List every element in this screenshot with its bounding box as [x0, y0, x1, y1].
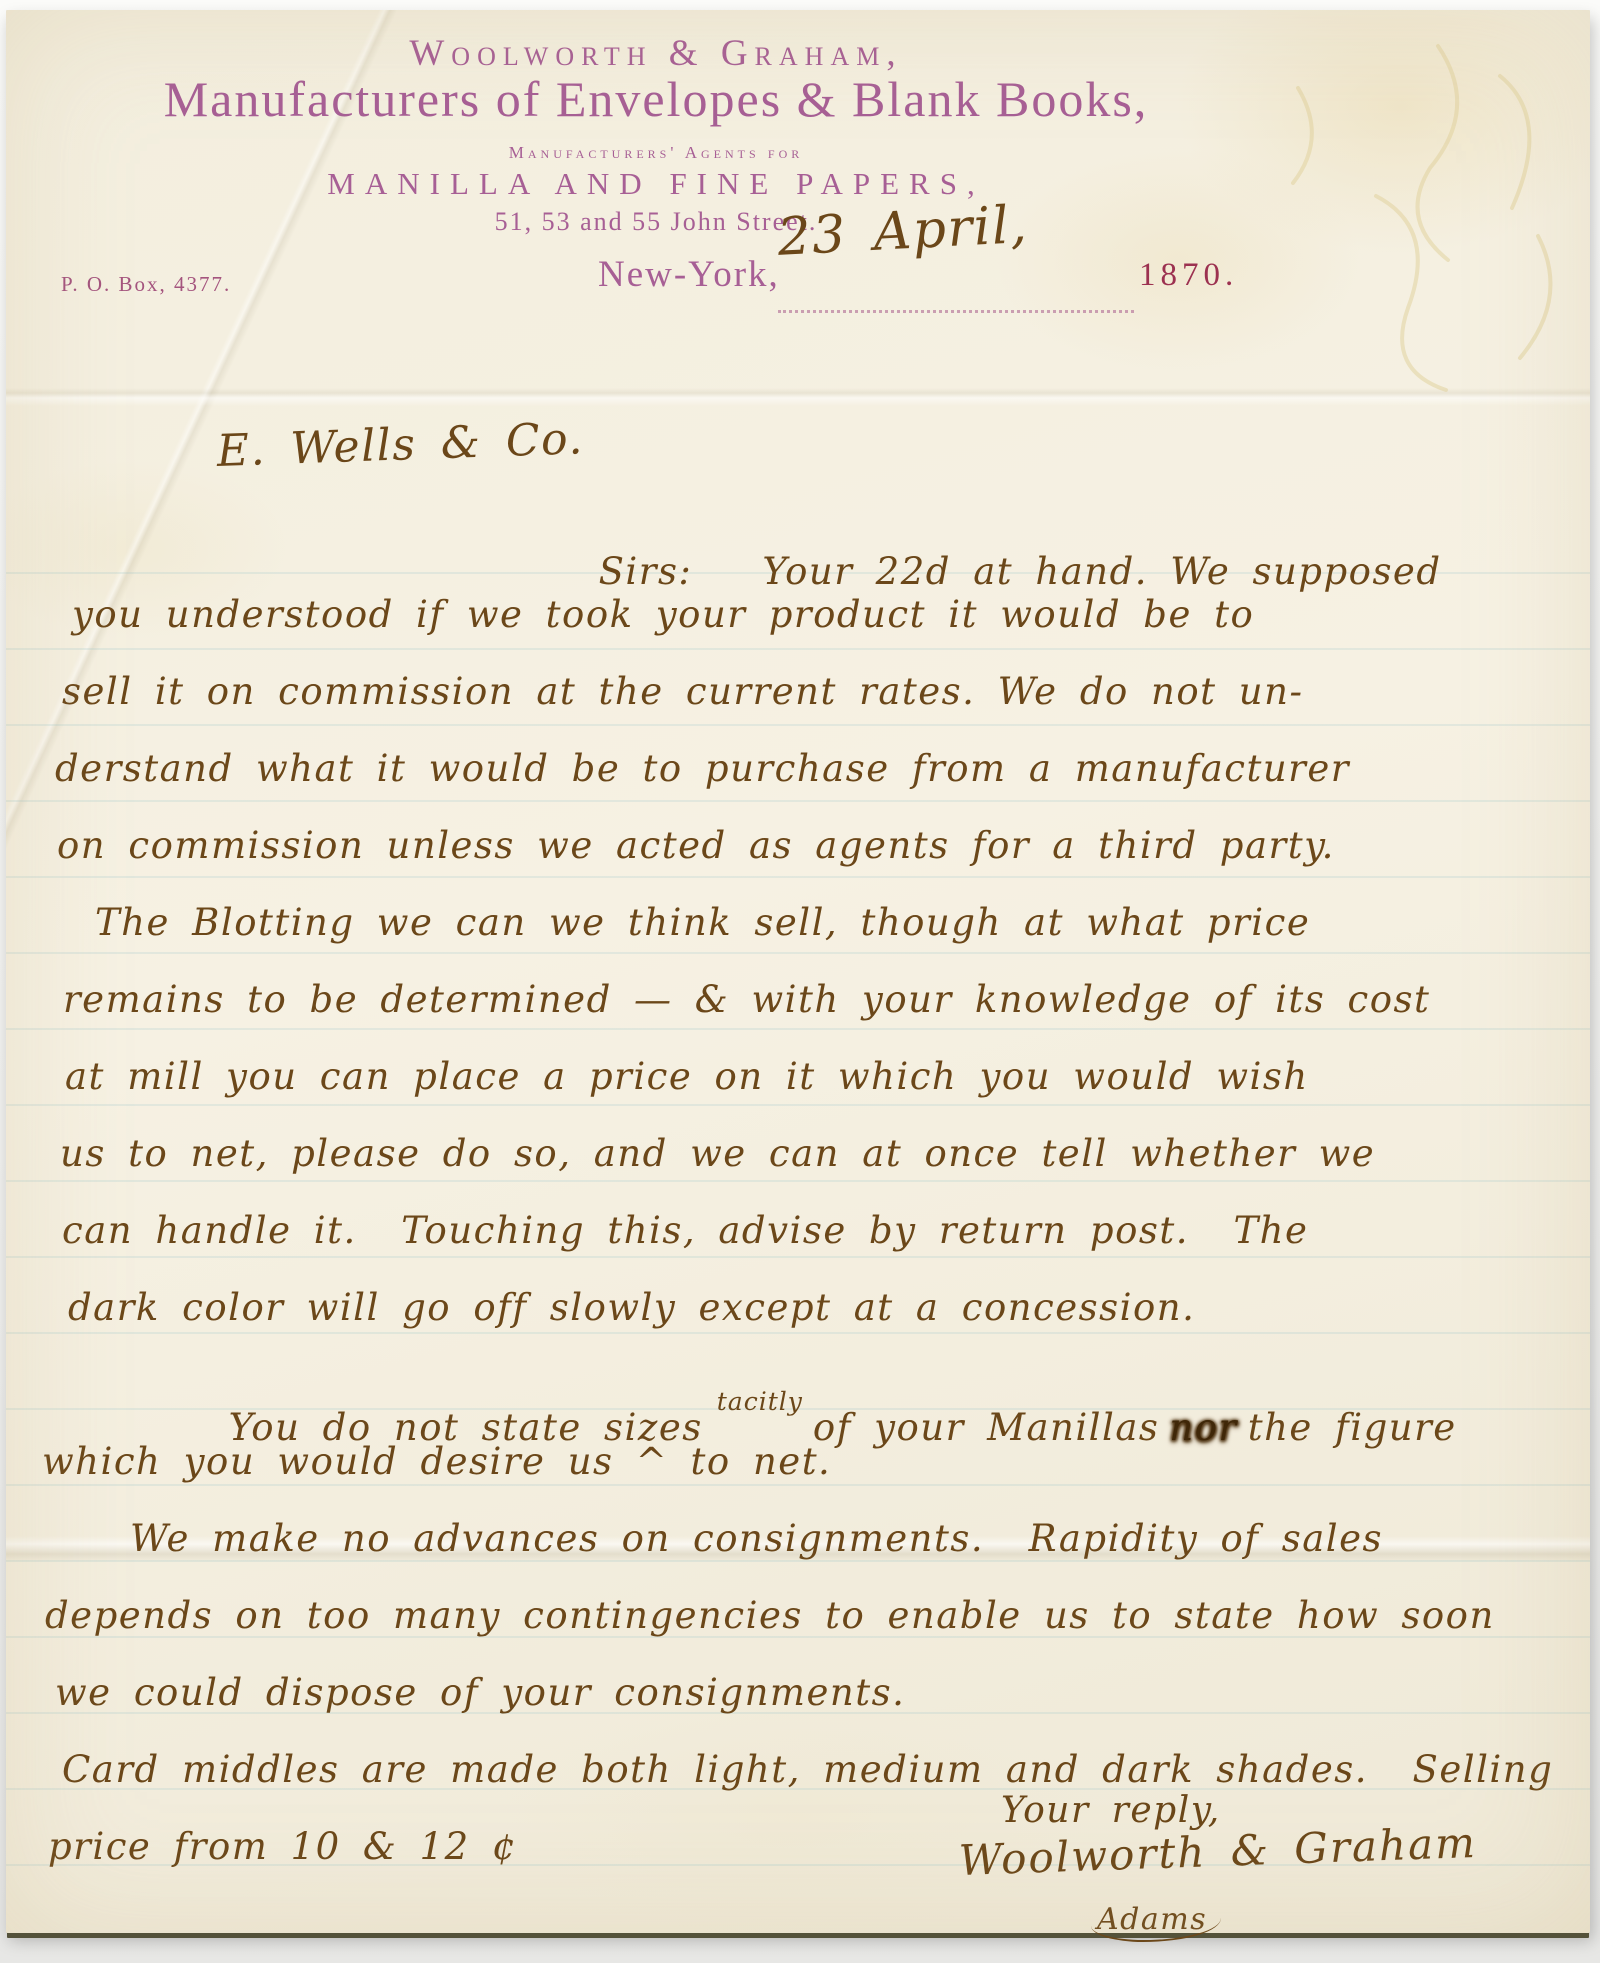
sizes-mid: of your Manillas — [813, 1406, 1160, 1449]
letter-line: we could dispose of your consignments. — [55, 1671, 905, 1714]
signed-by: Adams — [1091, 1902, 1221, 1937]
letter-line: We make no advances on consignments. Rap… — [130, 1517, 1383, 1560]
letter-line: derstand what it would be to purchase fr… — [55, 747, 1350, 790]
po-box: P. O. Box, 4377. — [61, 272, 231, 297]
city-line: New-York, — [598, 253, 780, 296]
business-line: Manufacturers of Envelopes & Blank Books… — [6, 70, 1306, 128]
street-address: 51, 53 and 55 John Street. — [6, 207, 1306, 237]
inserted-word: tacitly — [717, 1387, 803, 1416]
letter-line: Card middles are made both light, medium… — [62, 1748, 1553, 1791]
closing: Your reply, — [1001, 1790, 1221, 1831]
date-dotted-line — [778, 310, 1134, 313]
salutation: Sirs: — [599, 550, 693, 593]
papers-line: MANILLA AND FINE PAPERS, — [6, 166, 1306, 202]
signed-by-name: Adams — [1091, 1902, 1221, 1942]
handwritten-date: 23 April, — [776, 195, 1029, 268]
agents-line: Manufacturers' Agents for — [6, 143, 1306, 163]
opening-text: Your 22d at hand. We supposed — [762, 550, 1441, 593]
letter-paper: Woolworth & Graham, Manufacturers of Env… — [6, 10, 1590, 1933]
letter-line: depends on too many contingencies to ena… — [45, 1594, 1495, 1637]
letter-line: price from 10 & 12 ¢ — [48, 1825, 517, 1868]
letter-line: can handle it. Touching this, advise by … — [62, 1209, 1308, 1252]
letter-line: which you would desire us ^ to net. — [42, 1440, 831, 1483]
ink-blot-word: nor — [1169, 1406, 1237, 1449]
scanned-letter: Woolworth & Graham, Manufacturers of Env… — [0, 0, 1600, 1963]
letter-line: us to net, please do so, and we can at o… — [60, 1132, 1375, 1175]
printed-year: 1870. — [1139, 257, 1238, 294]
letter-line: you understood if we took your product i… — [72, 593, 1254, 636]
company-name: Woolworth & Graham, — [6, 32, 1306, 75]
letter-line: dark color will go off slowly except at … — [68, 1286, 1195, 1329]
letter-line: on commission unless we acted as agents … — [57, 824, 1335, 867]
letter-line: remains to be determined — & with your k… — [63, 978, 1430, 1021]
letter-line: The Blotting we can we think sell, thoug… — [95, 901, 1310, 944]
addressee: E. Wells & Co. — [216, 413, 585, 477]
letter-line: at mill you can place a price on it whic… — [65, 1055, 1309, 1098]
letter-line: sell it on commission at the current rat… — [62, 670, 1303, 713]
sizes-post: the figure — [1248, 1406, 1457, 1449]
